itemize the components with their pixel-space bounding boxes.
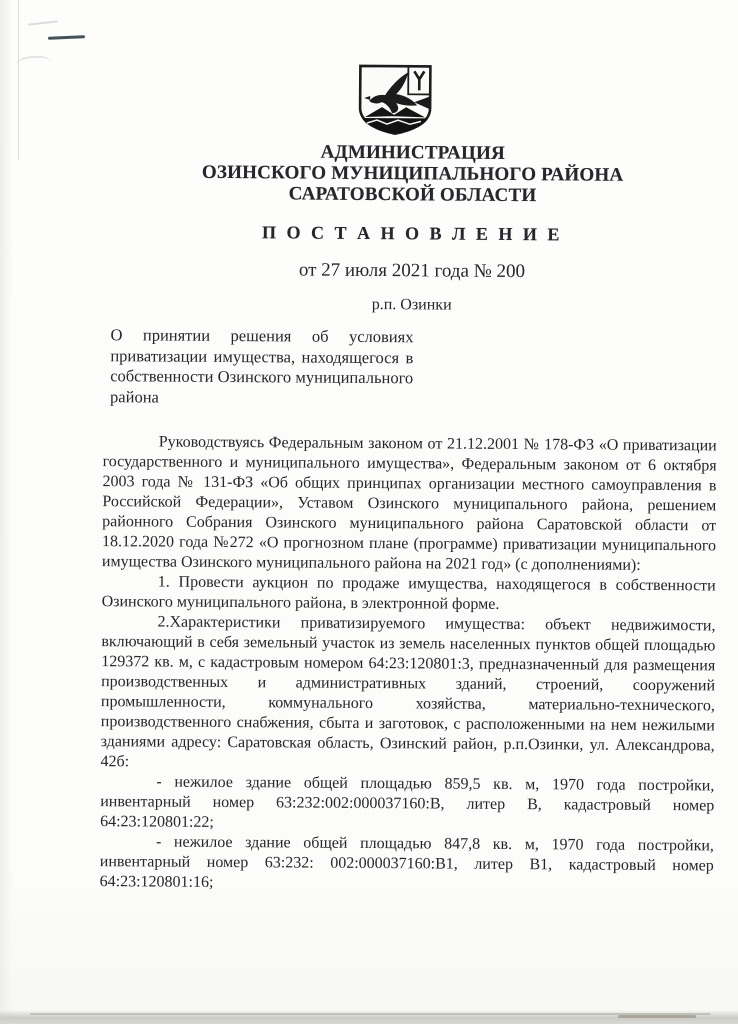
document-sheet: АДМИНИСТРАЦИЯ ОЗИНСКОГО МУНИЦИПАЛЬНОГО Р… [0, 0, 738, 1024]
scan-bottom-smudge [618, 1015, 696, 1018]
body-paragraph-building-2: - нежилое здание общей площадью 847,8 кв… [100, 832, 714, 896]
place-line: р.п. Озинки [104, 294, 720, 316]
body-paragraph-building-1: - нежилое здание общей площадью 859,5 кв… [100, 772, 714, 836]
body-paragraph-item-1: 1. Провести аукцион по продаже имущества… [102, 572, 716, 616]
org-line-3: САРАТОВСКОЙ ОБЛАСТИ [104, 182, 720, 207]
document-type-title: П О С Т А Н О В Л Е Н И Е [104, 220, 720, 246]
date-and-number: от 27 июля 2021 года № 200 [104, 257, 720, 285]
issuing-authority: АДМИНИСТРАЦИЯ ОЗИНСКОГО МУНИЦИПАЛЬНОГО Р… [104, 140, 720, 207]
coat-of-arms-icon [356, 63, 435, 136]
document-body: Руководствуясь Федеральным законом от 21… [100, 432, 717, 896]
document-subject: О принятии решения об условиях приватиза… [110, 325, 414, 409]
document-content: АДМИНИСТРАЦИЯ ОЗИНСКОГО МУНИЦИПАЛЬНОГО Р… [100, 140, 721, 896]
scanned-document-page: АДМИНИСТРАЦИЯ ОЗИНСКОГО МУНИЦИПАЛЬНОГО Р… [0, 0, 738, 1024]
scan-bottom-edge-line [30, 1013, 710, 1015]
body-paragraph-item-2: 2.Характеристики приватизируемого имущес… [100, 612, 715, 776]
body-paragraph-preamble: Руководствуясь Федеральным законом от 21… [102, 432, 717, 576]
